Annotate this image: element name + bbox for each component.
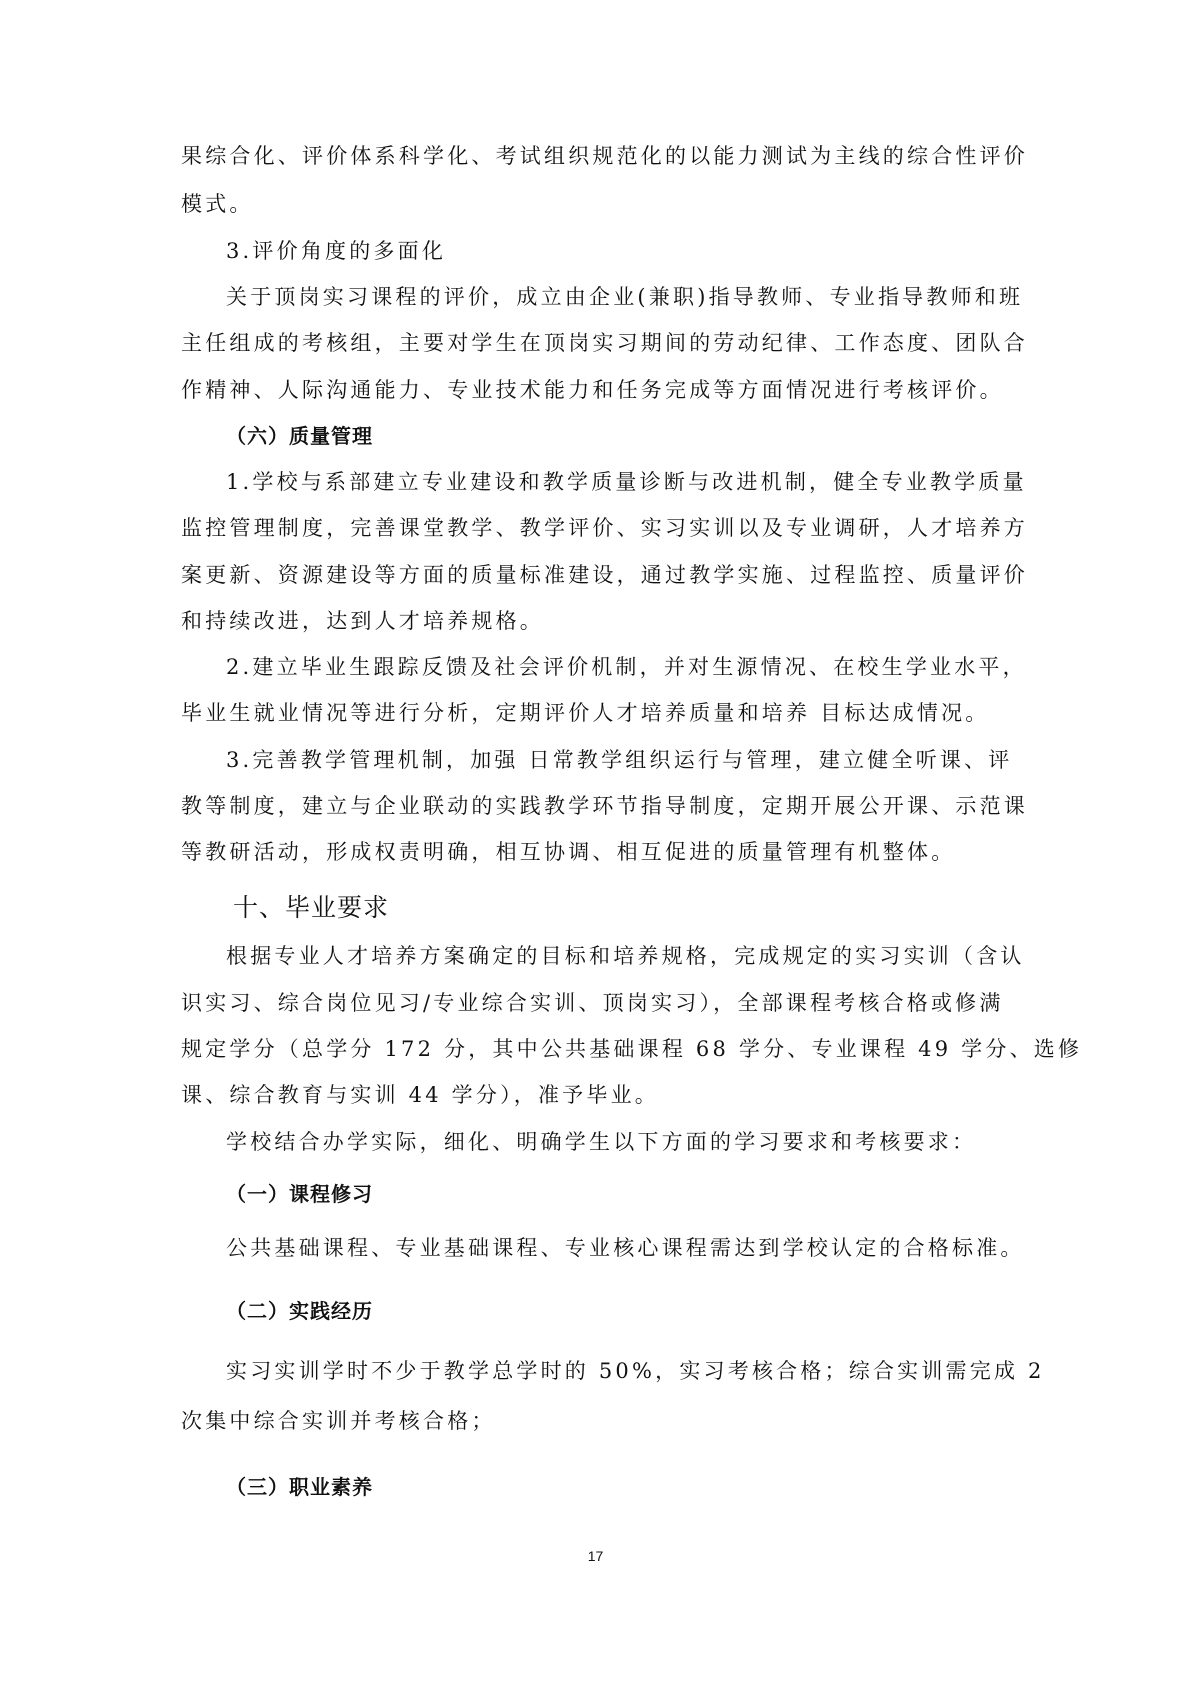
paragraph-line: 案更新、资源建设等方面的质量标准建设，通过教学实施、过程监控、质量评价 (181, 559, 1028, 589)
section-heading: （六）质量管理 (226, 420, 373, 449)
paragraph-line: 实习实训学时不少于教学总学时的 50%，实习考核合格；综合实训需完成 2 (226, 1355, 1045, 1385)
paragraph-line: 1.学校与系部建立专业建设和教学质量诊断与改进机制，健全专业教学质量 (226, 466, 1027, 496)
page-number: 17 (0, 1548, 1191, 1564)
section-heading: （二）实践经历 (226, 1295, 373, 1324)
section-heading: （一）课程修习 (226, 1178, 373, 1207)
item-heading: 3.评价角度的多面化 (226, 235, 446, 265)
paragraph-line: 作精神、人际沟通能力、专业技术能力和任务完成等方面情况进行考核评价。 (181, 374, 1004, 404)
paragraph-line: 3.完善教学管理机制，加强 日常教学组织运行与管理，建立健全听课、评 (226, 744, 1013, 774)
paragraph-line: 主任组成的考核组，主要对学生在顶岗实习期间的劳动纪律、工作态度、团队合 (181, 327, 1028, 357)
paragraph-line: 毕业生就业情况等进行分析，定期评价人才培养质量和培养 目标达成情况。 (181, 697, 989, 727)
paragraph-line: 模式。 (181, 188, 254, 218)
paragraph-line: 学校结合办学实际，细化、明确学生以下方面的学习要求和考核要求： (226, 1126, 976, 1156)
chapter-heading: 十、毕业要求 (233, 888, 389, 924)
paragraph-line: 监控管理制度，完善课堂教学、教学评价、实习实训以及专业调研，人才培养方 (181, 512, 1028, 542)
paragraph-line: 识实习、综合岗位见习/专业综合实训、顶岗实习），全部课程考核合格或修满 (181, 987, 1004, 1017)
paragraph-line: 和持续改进，达到人才培养规格。 (181, 605, 544, 635)
paragraph-line: 规定学分（总学分 172 分，其中公共基础课程 68 学分、专业课程 49 学分… (181, 1033, 1082, 1063)
paragraph-line: 公共基础课程、专业基础课程、专业核心课程需达到学校认定的合格标准。 (226, 1232, 1025, 1262)
paragraph-line: 根据专业人才培养方案确定的目标和培养规格，完成规定的实习实训（含认 (226, 940, 1025, 970)
section-heading: （三）职业素养 (226, 1471, 373, 1500)
paragraph-line: 课、综合教育与实训 44 学分），准予毕业。 (181, 1079, 659, 1109)
paragraph-line: 果综合化、评价体系科学化、考试组织规范化的以能力测试为主线的综合性评价 (181, 140, 1028, 170)
paragraph-line: 教等制度，建立与企业联动的实践教学环节指导制度，定期开展公开课、示范课 (181, 790, 1028, 820)
paragraph-line: 关于顶岗实习课程的评价，成立由企业(兼职)指导教师、专业指导教师和班 (226, 281, 1023, 311)
paragraph-line: 次集中综合实训并考核合格； (181, 1405, 496, 1435)
paragraph-line: 等教研活动，形成权责明确，相互协调、相互促进的质量管理有机整体。 (181, 836, 955, 866)
paragraph-line: 2.建立毕业生跟踪反馈及社会评价机制，并对生源情况、在校生学业水平， (226, 651, 1027, 681)
